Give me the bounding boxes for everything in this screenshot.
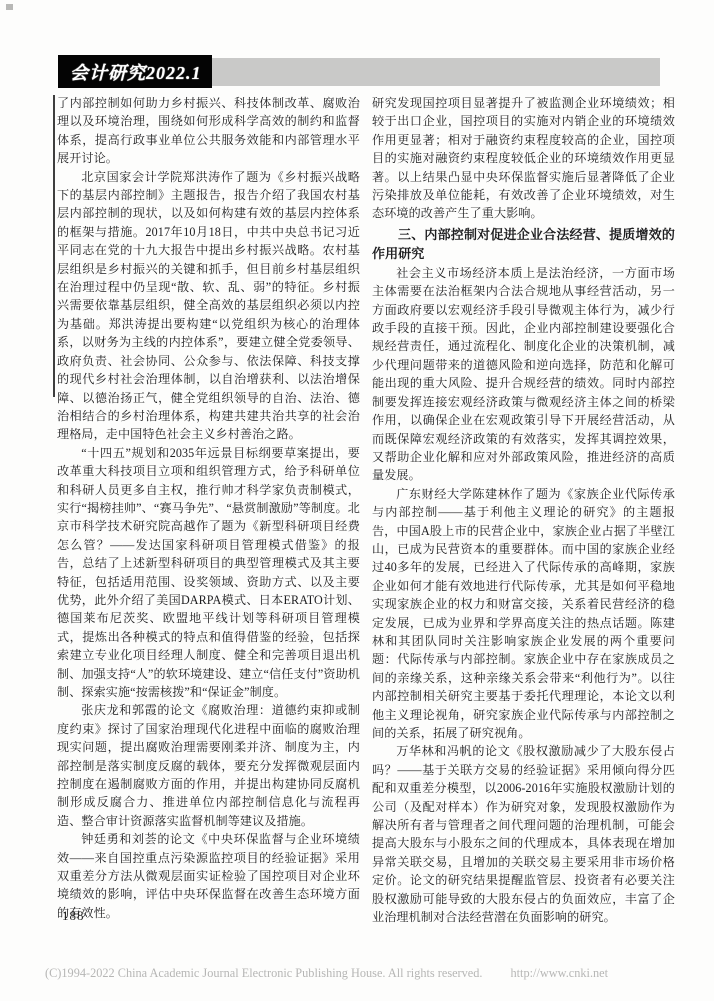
right-column: 研究发现国控项目显著提升了被监测企业环境绩效；相较于出口企业，国控项目的实施对内… [372,94,675,926]
journal-masthead: 会计研究2022.1 [58,55,212,88]
left-column: 了内部控制如何助力乡村振兴、科技体制改革、腐败治理以及环境治理，围绕如何形成科学… [57,94,360,922]
scan-corner-speck [6,4,13,10]
masthead-title: 会计研究2022.1 [70,59,202,85]
section-heading: 三、内部控制对促进企业合法经营、提质增效的作用研究 [372,223,675,264]
footer-url: http://www.cnki.net [510,966,608,981]
journal-page: 会计研究2022.1 了内部控制如何助力乡村振兴、科技体制改革、腐败治理以及环境… [0,0,714,1001]
paragraph: “十四五”规划和2035年远景目标纲要草案提出，要改革重大科技项目立项和组织管理… [57,444,360,702]
scan-artifact-line [53,95,55,397]
paragraph: 张庆龙和郭霞的论文《腐败治理：道德约束抑或制度约束》探讨了国家治理现代化进程中面… [57,701,360,830]
paragraph: 广东财经大学陈建林作了题为《家族企业代际传承与内部控制——基于利他主义理论的研究… [372,485,675,743]
masthead-gray-bar [168,58,660,86]
page-number: 188 [62,908,85,924]
paragraph: 研究发现国控项目显著提升了被监测企业环境绩效；相较于出口企业，国控项目的实施对内… [372,94,675,223]
paragraph: 万华林和冯帆的论文《股权激励减少了大股东侵占吗？——基于关联方交易的经验证据》采… [372,742,675,926]
paragraph: 北京国家会计学院郑洪涛作了题为《乡村振兴战略下的基层内部控制》主题报告，报告介绍… [57,168,360,444]
footer-copyright: (C)1994-2022 China Academic Journal Elec… [45,966,482,981]
footer: (C)1994-2022 China Academic Journal Elec… [45,966,665,981]
paragraph: 社会主义市场经济本质上是法治经济，一方面市场主体需要在法治框架内合法合规地从事经… [372,264,675,485]
paragraph: 了内部控制如何助力乡村振兴、科技体制改革、腐败治理以及环境治理，围绕如何形成科学… [57,94,360,168]
paragraph: 钟廷勇和刘荟的论文《中央环保监督与企业环境绩效——来自国控重点污染源监控项目的经… [57,830,360,922]
